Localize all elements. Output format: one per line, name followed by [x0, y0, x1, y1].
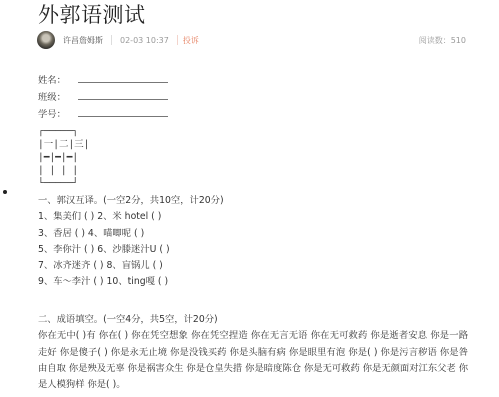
- field-label: 姓名：: [38, 72, 76, 86]
- class-field: 班级：: [38, 87, 168, 104]
- author-avatar[interactable]: [37, 31, 55, 49]
- question-line: 5、李你汁 ( ) 6、沙滕迷汁U ( ): [38, 242, 224, 258]
- section-heading: 一、郭汉互译。(一空2分，共10空，计20分): [38, 193, 224, 209]
- blank-line: [78, 74, 168, 83]
- field-label: 班级：: [38, 89, 76, 103]
- blank-line: [78, 91, 168, 100]
- divider: [111, 35, 112, 45]
- question-line: 1、集美们 ( ) 2、米 hotel ( ): [38, 209, 224, 225]
- divider: [177, 35, 178, 45]
- section-heading: 二、成语填空。(一空4分，共5空，计20分): [38, 312, 468, 328]
- question-line: 7、冰齐迷齐 ( ) 8、盲锅儿 ( ): [38, 258, 224, 274]
- field-label: 学号：: [38, 106, 76, 120]
- student-id-field: 学号：: [38, 104, 168, 121]
- name-field: 姓名：: [38, 70, 168, 87]
- report-link[interactable]: 投诉: [183, 35, 199, 46]
- ascii-table: ┌─────┐ |一|二|三| |━|━|━| | | | | └─────┘: [38, 125, 168, 190]
- author-name[interactable]: 许昌詹姆斯: [63, 35, 103, 46]
- publish-time: 02-03 10:37: [120, 36, 169, 45]
- question-line: 3、香居 ( ) 4、喵唧呢 ( ): [38, 226, 224, 242]
- section-idioms: 二、成语填空。(一空4分，共5空，计20分) 你在无中( )有 你在( ) 你在…: [38, 312, 468, 393]
- read-count: 阅读数：510: [419, 35, 466, 46]
- blank-line: [78, 108, 168, 117]
- article-title: 外郭语测试: [38, 2, 146, 28]
- article-meta: 许昌詹姆斯 02-03 10:37 投诉: [37, 30, 199, 50]
- idiom-paragraph: 你在无中( )有 你在( ) 你在凭空想象 你在凭空捏造 你在无言无语 你在无可…: [38, 328, 468, 393]
- bullet-icon: [3, 190, 7, 194]
- section-translation: 一、郭汉互译。(一空2分，共10空，计20分) 1、集美们 ( ) 2、米 ho…: [38, 193, 224, 291]
- question-line: 9、车～李汁 ( ) 10、ting嘎 ( ): [38, 274, 224, 290]
- form-block: 姓名： 班级： 学号： ┌─────┐ |一|二|三| |━|━|━| | | …: [38, 70, 168, 190]
